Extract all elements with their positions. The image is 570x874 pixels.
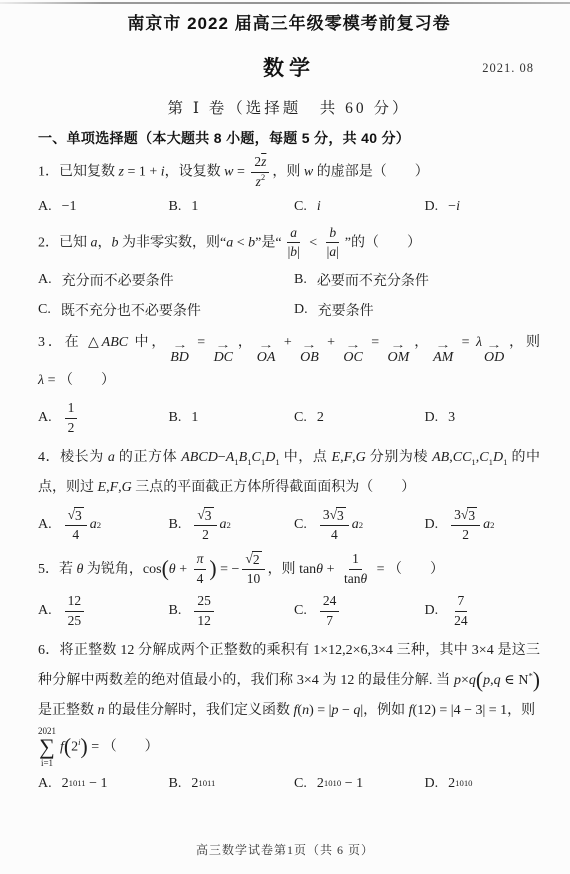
fraction-denominator: 2	[459, 526, 472, 544]
option-content: 既不充分也不必要条件	[61, 300, 201, 320]
option-label: D.	[425, 776, 439, 792]
option-label: C.	[294, 199, 307, 215]
text-run: ，则	[272, 164, 304, 179]
text-run: 三种，其中	[393, 643, 472, 658]
question-stem: 1．已知复数 z = 1 + i，设复数 w = 2zz2，则 w 的虚部是（ …	[38, 153, 540, 192]
math-variable: G	[356, 450, 366, 465]
option-A: A.21011 − 1	[38, 772, 169, 796]
option-label: B.	[294, 272, 307, 288]
math-text: − 1	[341, 776, 363, 792]
option-label: A.	[38, 603, 52, 619]
question-1: 1．已知复数 z = 1 + i，设复数 w = 2zz2，则 w 的虚部是（ …	[38, 153, 540, 219]
math-variable: E	[98, 480, 107, 495]
page-footer: 高三数学试卷第1页（共 6 页）	[0, 841, 570, 858]
math-text: (12) = |4 − 3| = 1	[413, 703, 508, 718]
big-paren: )	[209, 557, 216, 581]
math-variable: π	[197, 551, 204, 568]
option-content: 12	[62, 399, 81, 438]
fraction-numerator: √3	[65, 507, 87, 526]
fraction-numerator: 24	[320, 593, 340, 612]
math-variable: a	[220, 517, 227, 533]
math-text: = 1 +	[124, 164, 161, 179]
vector-arrow-icon: →	[486, 343, 502, 349]
option-label: D.	[425, 603, 439, 619]
math-text: 2	[448, 776, 455, 792]
math-variable: θ	[360, 571, 367, 588]
math-text: 7	[458, 593, 465, 610]
option-content: 1225	[62, 592, 88, 631]
option-D: D.21010	[425, 772, 540, 796]
big-paren: (	[162, 557, 169, 581]
text-run: （ ）	[59, 373, 115, 388]
radicand: 3	[204, 507, 214, 524]
text-run: 的最佳分解时，我们定义函数	[105, 703, 294, 718]
math-text: 4	[72, 527, 79, 544]
option-label: A.	[38, 517, 52, 533]
text-run: 充分而不必要条件	[62, 270, 174, 290]
math-text: −	[448, 199, 456, 215]
math-variable: B	[239, 450, 248, 465]
text-run: 为非零实数，则“	[119, 235, 227, 250]
math-variable: D	[493, 450, 503, 465]
text-run: 2．已知	[38, 235, 91, 250]
math-text: 1	[191, 199, 198, 215]
math-variable: w	[304, 164, 313, 179]
math-variable: a	[108, 450, 115, 465]
superscript: 2	[227, 521, 231, 530]
math-text: +	[321, 335, 342, 350]
options-row: A.12B.1C.2D.3	[38, 399, 540, 438]
option-label: C.	[294, 603, 307, 619]
radicand: 3	[336, 507, 346, 524]
fraction-denominator: 25	[65, 612, 85, 630]
math-variable: G	[122, 480, 132, 495]
math-text: 1	[352, 551, 359, 568]
math-text: tan	[299, 562, 316, 577]
math-variable: λ	[476, 335, 482, 350]
radicand: 3	[467, 507, 477, 524]
text-run: （ ）	[103, 740, 159, 755]
math-text: 1	[68, 400, 75, 417]
math-variable: a	[290, 225, 297, 242]
option-D: D.3√32a2	[425, 506, 540, 545]
superscript: 2	[359, 521, 363, 530]
question-4: 4．棱长为 a 的正方体 ABCD−A1B1C1D1 中，点 E,F,G 分别为…	[38, 443, 540, 545]
math-text: 2	[68, 420, 75, 437]
math-text: 2	[317, 776, 324, 792]
vector-arrow-icon: →	[302, 343, 318, 349]
question-stem: 2021∑i=1f(2i) = （ ）	[38, 726, 540, 768]
math-text: =	[191, 335, 212, 350]
math-text: 2	[62, 776, 69, 792]
option-content: 21010 − 1	[317, 776, 363, 792]
question-stem: 4．棱长为 a 的正方体 ABCD−A1B1C1D1 中，点 E,F,G 分别为…	[38, 443, 540, 503]
option-D: D.−i	[425, 195, 540, 219]
fraction-denominator: |a|	[324, 243, 342, 261]
math-variable: ABC	[102, 335, 128, 350]
option-D: D.充要条件	[294, 298, 540, 322]
option-B: B.21011	[169, 772, 295, 796]
math-text: 12	[68, 593, 82, 610]
exam-page: 南京市 2022 届高三年级零模考前复习卷 数学 2021. 08 第 Ⅰ 卷（…	[0, 0, 570, 874]
vector: →OB	[300, 343, 319, 366]
math-text: −	[218, 450, 226, 465]
math-variable: a	[329, 244, 336, 261]
big-paren: )	[533, 668, 540, 692]
fraction: √32	[194, 507, 216, 544]
option-content: √32a2	[191, 506, 231, 545]
option-content: −1	[62, 199, 77, 215]
fraction-numerator: 1	[349, 551, 362, 570]
text-run: 既不充分也不必要条件	[61, 300, 201, 320]
fraction-numerator: 3√3	[451, 507, 480, 526]
math-variable: p	[454, 673, 461, 688]
question-3: 3．在 △ABC 中，→BD = →DC，→OA + →OB + →OC = →…	[38, 328, 540, 437]
conjugate-overbar: z	[261, 154, 266, 171]
math-text: −	[338, 703, 353, 718]
fraction: π4	[194, 551, 207, 588]
math-variable: i	[317, 199, 321, 215]
option-content: i	[317, 199, 321, 215]
vector: →DC	[214, 343, 233, 366]
option-label: B.	[169, 517, 182, 533]
option-label: B.	[169, 410, 182, 426]
option-content: 21011	[191, 776, 215, 792]
math-variable: b	[329, 225, 336, 242]
option-C: C.3√34a2	[294, 506, 425, 545]
option-content: 21010	[448, 776, 472, 792]
fraction-numerator: 12	[65, 593, 85, 612]
math-variable: n	[98, 703, 105, 718]
option-C: C.21010 − 1	[294, 772, 425, 796]
page-content: 南京市 2022 届高三年级零模考前复习卷 数学 2021. 08 第 Ⅰ 卷（…	[0, 0, 570, 796]
math-text: 3×4	[472, 643, 494, 658]
math-text: 1	[191, 410, 198, 426]
option-content: 724	[448, 592, 474, 631]
text-run: ，则	[507, 703, 535, 718]
option-A: A.充分而不必要条件	[38, 268, 294, 292]
math-variable: θ	[169, 562, 176, 577]
option-label: B.	[169, 199, 182, 215]
math-text: 10	[247, 571, 261, 588]
text-run: 4．棱长为	[38, 450, 108, 465]
fraction-denominator: 2	[199, 526, 212, 544]
math-variable: a	[352, 517, 359, 533]
vector-arrow-icon: →	[345, 343, 361, 349]
sum-lower-limit: i=1	[41, 758, 53, 769]
vector: →OA	[257, 343, 276, 366]
fraction-numerator: √2	[242, 551, 264, 570]
fraction-numerator: 7	[455, 593, 468, 612]
math-variable: E	[332, 450, 341, 465]
vector-arrow-icon: →	[172, 343, 188, 349]
fraction-denominator: z2	[253, 173, 268, 191]
math-text: 3×4	[297, 673, 319, 688]
text-run: 5．若	[38, 562, 77, 577]
square-root: √3	[68, 507, 84, 524]
option-content: 1	[191, 410, 198, 426]
option-content: 3	[448, 410, 455, 426]
text-run: ，例如	[363, 703, 409, 718]
option-content: 必要而不充分条件	[317, 270, 429, 290]
fraction-numerator: π	[194, 551, 207, 570]
math-variable: F	[110, 480, 119, 495]
option-C: C.既不充分也不必要条件	[38, 298, 294, 322]
fraction-denominator: 24	[451, 612, 471, 630]
math-text: 7	[326, 613, 333, 630]
option-B: B.√32a2	[169, 506, 295, 545]
math-text: 25	[197, 593, 211, 610]
options-row: A.充分而不必要条件B.必要而不充分条件	[38, 268, 540, 292]
section-title: 第 Ⅰ 卷（选择题 共 60 分）	[38, 96, 540, 118]
big-paren: (	[476, 668, 483, 692]
scan-top-edge-line	[0, 2, 570, 4]
math-text: +	[277, 335, 298, 350]
superscript: 2	[490, 521, 494, 530]
math-text: tan	[344, 571, 361, 588]
fraction: 2zz2	[251, 154, 269, 191]
text-run: 三点的平面截正方体所得截面面积为（ ）	[132, 480, 416, 495]
question-2: 2．已知 a，b 为非零实数，则“a < b”是“a|b| < b|a|”的（ …	[38, 224, 540, 323]
fraction-numerator: b	[326, 225, 339, 244]
math-text: 3	[323, 507, 330, 524]
question-stem: 3．在 △ABC 中，→BD = →DC，→OA + →OB + →OC = →…	[38, 328, 540, 396]
summation: 2021∑i=1	[38, 726, 56, 768]
text-run: （ ）	[388, 562, 444, 577]
superscript: 1011	[198, 779, 215, 788]
vector-letters: AM	[433, 350, 453, 366]
fraction-denominator: |b|	[285, 243, 303, 261]
text-run: ，	[235, 335, 255, 350]
superscript: 1010	[455, 779, 472, 788]
math-variable: F	[344, 450, 353, 465]
question-stem: 2．已知 a，b 为非零实数，则“a < b”是“a|b| < b|a|”的（ …	[38, 224, 540, 263]
vector-letters: OA	[257, 350, 276, 366]
fraction-numerator: 3√3	[320, 507, 349, 526]
math-text: |	[336, 244, 339, 261]
text-run: ，则	[268, 562, 300, 577]
fraction-numerator: 25	[194, 593, 214, 612]
superscript: 2	[261, 174, 265, 182]
text-run: 6．将正整数 12 分解成两个正整数的乘积有	[38, 643, 313, 658]
big-paren: )	[81, 734, 88, 758]
vector: →OD	[484, 343, 504, 366]
text-run: 必要而不充分条件	[317, 270, 429, 290]
text-run: 中，	[128, 335, 168, 350]
option-C: C.i	[294, 195, 425, 219]
option-label: D.	[425, 199, 439, 215]
question-5: 5．若 θ 为锐角，cos(θ + π4) = −√210，则 tanθ + 1…	[38, 550, 540, 631]
math-text: =	[44, 373, 59, 388]
fraction: 12	[65, 400, 78, 437]
option-A: A.−1	[38, 195, 169, 219]
vector-letters: DC	[214, 350, 233, 366]
option-content: 2	[317, 410, 324, 426]
text-run: 充要条件	[318, 300, 374, 320]
math-text: ×	[461, 673, 469, 688]
fraction-numerator: √3	[194, 507, 216, 526]
option-C: C.247	[294, 592, 425, 631]
vector-letters: OB	[300, 350, 319, 366]
text-run: ，设复数	[165, 164, 225, 179]
square-root: √2	[245, 551, 261, 568]
option-B: B.1	[169, 195, 295, 219]
fraction-denominator: 4	[69, 526, 82, 544]
option-D: D.3	[425, 406, 540, 430]
radicand: 3	[74, 507, 84, 524]
math-variable: C	[479, 450, 488, 465]
fraction-numerator: 1	[65, 400, 78, 419]
fraction: 247	[320, 593, 340, 630]
math-text: =	[373, 562, 388, 577]
math-variable: i	[456, 199, 460, 215]
fraction-denominator: tanθ	[341, 570, 370, 588]
option-content: 247	[317, 592, 343, 631]
vector: →BD	[170, 343, 189, 366]
text-run: 的虚部是（ ）	[313, 164, 429, 179]
math-variable: a	[90, 517, 97, 533]
subject-title: 数学	[263, 57, 315, 80]
math-variable: D	[265, 450, 275, 465]
math-text: 24	[323, 593, 337, 610]
fraction: 724	[451, 593, 471, 630]
fraction: 3√34	[320, 507, 349, 544]
math-text: |	[297, 244, 300, 261]
fraction-denominator: 4	[328, 526, 341, 544]
options-row: C.既不充分也不必要条件D.充要条件	[38, 298, 540, 322]
option-A: A.1225	[38, 592, 169, 631]
text-run: 分别为棱	[366, 450, 432, 465]
option-content: 充要条件	[318, 300, 374, 320]
superscript: 1010	[324, 779, 341, 788]
text-run: 为 12 的最佳分解. 当	[319, 673, 454, 688]
math-text: <	[233, 235, 248, 250]
fraction-denominator: 10	[244, 570, 264, 588]
text-run: ，	[411, 335, 431, 350]
option-B: B.1	[169, 406, 295, 430]
fraction-denominator: 12	[194, 612, 214, 630]
options-row: A.1225B.2512C.247D.724	[38, 592, 540, 631]
text-run: 3．在 △	[38, 335, 102, 350]
vector: →OM	[388, 343, 410, 366]
superscript: 2	[97, 521, 101, 530]
options-row: A.−1B.1C.iD.−i	[38, 195, 540, 219]
math-variable: q	[469, 673, 476, 688]
math-variable: CC	[453, 450, 472, 465]
option-C: C.2	[294, 406, 425, 430]
option-content: 1	[191, 199, 198, 215]
option-label: D.	[425, 410, 439, 426]
option-content: 3√34a2	[317, 506, 363, 545]
math-text: 25	[68, 613, 82, 630]
option-A: A.√34a2	[38, 506, 169, 545]
vector: →OC	[343, 343, 362, 366]
math-text: =	[233, 164, 248, 179]
text-run: 中，点	[280, 450, 332, 465]
vector-arrow-icon: →	[258, 343, 274, 349]
superscript: 1011	[69, 779, 86, 788]
option-label: B.	[169, 776, 182, 792]
fraction: 1225	[65, 593, 85, 630]
option-label: D.	[425, 517, 439, 533]
option-A: A.12	[38, 399, 169, 438]
option-content: 3√32a2	[448, 506, 494, 545]
math-text: 4	[197, 571, 204, 588]
options-row: A.√34a2B.√32a2C.3√34a2D.3√32a2	[38, 506, 540, 545]
text-run: 的正方体	[115, 450, 181, 465]
text-run: ”是“	[255, 235, 281, 250]
math-text: +	[176, 562, 191, 577]
option-label: A.	[38, 410, 52, 426]
fraction-denominator: 7	[323, 612, 336, 630]
square-root: √3	[197, 507, 213, 524]
math-text: 2	[202, 527, 209, 544]
math-text: 24	[454, 613, 468, 630]
math-variable: ABCD	[181, 450, 218, 465]
fraction-numerator: 2z	[251, 154, 269, 173]
math-text: 3	[454, 507, 461, 524]
math-text: = −	[217, 562, 240, 577]
option-label: C.	[294, 776, 307, 792]
fraction-denominator: 4	[194, 570, 207, 588]
option-content: √34a2	[62, 506, 102, 545]
vector: →AM	[433, 343, 453, 366]
option-B: B.必要而不充分条件	[294, 268, 540, 292]
fraction: 1tanθ	[341, 551, 370, 588]
math-text: <	[306, 235, 321, 250]
math-text: 4	[331, 527, 338, 544]
part-heading: 一、单项选择题（本大题共 8 小题，每题 5 分，共 40 分）	[38, 128, 540, 148]
math-text: 3	[448, 410, 455, 426]
option-label: B.	[169, 603, 182, 619]
option-label: C.	[294, 517, 307, 533]
paper-date: 2021. 08	[482, 61, 534, 76]
option-B: B.2512	[169, 592, 295, 631]
math-text: 1×12,2×6,3×4	[313, 643, 393, 658]
math-text: cos	[143, 562, 162, 577]
vector-letters: OC	[343, 350, 362, 366]
paper-title: 南京市 2022 届高三年级零模考前复习卷	[38, 12, 540, 36]
vector-letters: BD	[170, 350, 189, 366]
math-variable: q	[494, 673, 501, 688]
sigma-icon: ∑	[39, 737, 55, 758]
subject-row: 数学 2021. 08	[38, 52, 540, 82]
option-label: D.	[294, 302, 308, 318]
option-content: 2512	[191, 592, 217, 631]
option-content: −i	[448, 199, 460, 215]
fraction: √34	[65, 507, 87, 544]
fraction: b|a|	[324, 225, 342, 262]
text-run: ”的（ ）	[345, 235, 421, 250]
options-row: A.21011 − 1B.21011C.21010 − 1D.21010	[38, 772, 540, 796]
question-stem: 5．若 θ 为锐角，cos(θ + π4) = −√210，则 tanθ + 1…	[38, 550, 540, 589]
text-run: 1．已知复数	[38, 164, 119, 179]
math-variable: a	[483, 517, 490, 533]
math-variable: n	[302, 703, 309, 718]
math-text: 2	[317, 410, 324, 426]
fraction: 2512	[194, 593, 214, 630]
math-variable: A	[226, 450, 235, 465]
math-text: 2	[191, 776, 198, 792]
fraction-numerator: a	[287, 225, 300, 244]
math-text: =	[365, 335, 386, 350]
radicand: 2	[252, 551, 262, 568]
option-label: C.	[38, 302, 51, 318]
vector-letters: OM	[388, 350, 410, 366]
math-text: ∈ N	[501, 673, 529, 688]
text-run: ，	[98, 235, 112, 250]
math-variable: C	[252, 450, 261, 465]
